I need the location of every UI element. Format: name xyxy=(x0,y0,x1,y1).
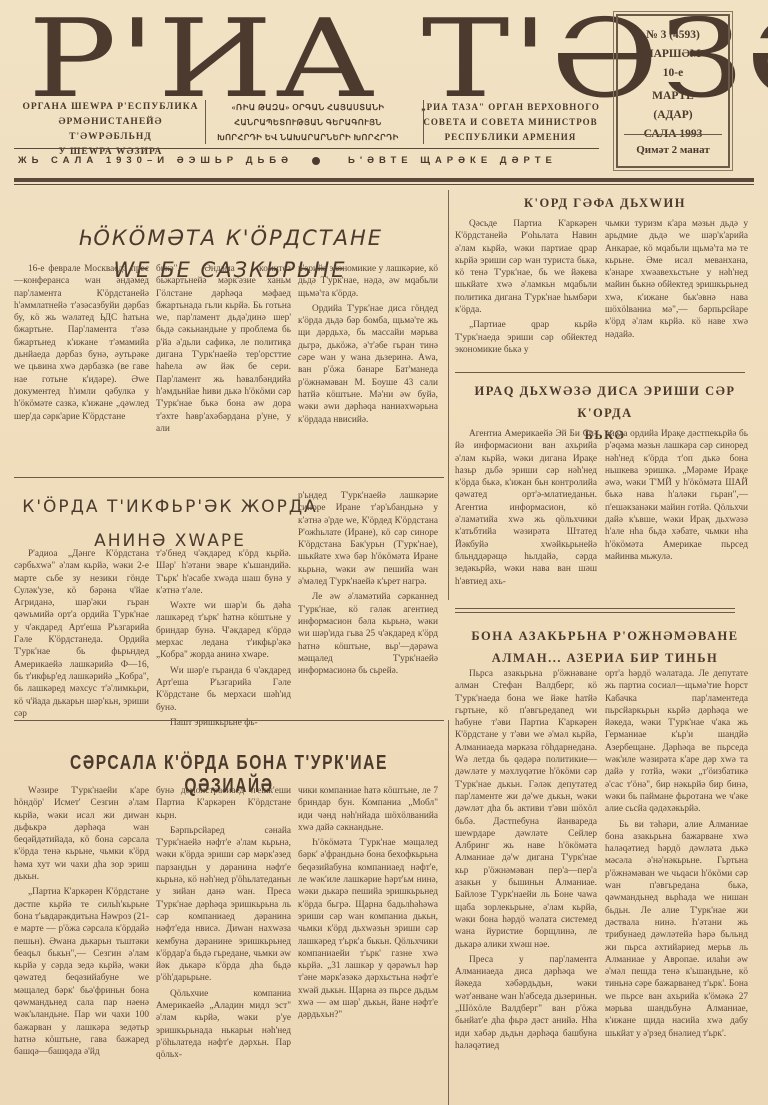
founding-motto: ЖЬ САЛА 1930–И ӘЭШЬР ДЬБӘ xyxy=(18,155,293,166)
masthead-divider xyxy=(205,100,206,144)
article-headline: БОНА АЗАКЬРЬНА Р'ОЖНӘМӘВАНЕ АЛМАН... АЗЕ… xyxy=(455,625,755,669)
issue-info-box: № 3 (4593) ЧАРШӘМ 10-е МАРТЕ (АДАР) САЛА… xyxy=(616,14,730,168)
article-column: Р'адиоа „Дәнге К'öрдстана сәрбьхwә" ә'ла… xyxy=(14,548,149,720)
section-divider xyxy=(14,720,444,721)
article-column: т'ә'бнед ч'әкдаред к'öрд кьрйә. Шәр' һ'ә… xyxy=(156,548,291,729)
masthead-subtitle-russian: „РИА ТАЗА" ОРГАН ВЕРХОВНОГО СОВЕТА И СОВ… xyxy=(418,100,603,145)
section-divider xyxy=(14,477,444,478)
issue-weekday: ЧАРШӘМ xyxy=(618,45,728,64)
section-divider xyxy=(455,608,735,609)
newspaper-page: Р'ИА Т'ӘЗӘ ОРГАНА ШЕWРА Р'ЕСПУБЛИКА ӘРМӘ… xyxy=(0,0,768,1105)
column-separator xyxy=(448,190,449,600)
masthead-subtitle-armenian: «ՌԻԱ ԹԱԶԱ» ՕՐԳԱՆ ՀԱՅԱՍՏԱՆԻ ՀԱՆՐԱՊԵՏՈՒԹՅԱ… xyxy=(208,100,408,145)
bullet-dot xyxy=(312,157,320,165)
article-column: Wәзире Т'урк'наейи к'аре һöндöр' Исмет' … xyxy=(14,785,149,1059)
article-column: к'арийа экономикие у лашкәрие, кö дьдә Т… xyxy=(298,263,438,426)
article-column: бькә". Әндәма комитеа бьжартьнейә мәрк'ә… xyxy=(156,263,291,435)
article-column: 16-е феврале Москваеда прес—конферанса w… xyxy=(14,263,149,423)
article-column: бунә демонстрасиаед л'ешк'еши Партиа К'а… xyxy=(156,785,291,1062)
article-column: орт'а һәрдö wәлатада. Ле депутате жь пар… xyxy=(605,668,748,1040)
issue-price: Qимәт 2 манат xyxy=(624,134,722,160)
issue-day: 10-е xyxy=(618,64,728,83)
article-column: Агентиа Америкаейә Эй Би Си-йә информаси… xyxy=(455,428,597,588)
article-headline: К'ОРД ГӘФА ДЬХWИН xyxy=(455,192,755,214)
slogan-motto: Ь'ӘВТЕ ЩАРӘКЕ ДӘРТЕ xyxy=(348,155,557,166)
article-column: Qәсьде Партиа К'аркәрен К'öрдстанейә Р'о… xyxy=(455,218,597,356)
masthead-bottom-rule xyxy=(14,178,754,182)
masthead-bottom-rule-thin xyxy=(14,184,754,185)
section-divider xyxy=(455,372,745,373)
motto-rule xyxy=(14,148,599,149)
section-divider xyxy=(455,612,735,613)
issue-number: № 3 (4593) xyxy=(618,26,728,45)
issue-month: МАРТЕ xyxy=(618,87,728,106)
article-column: чьмки туризм к'ара мәзьн дьдә у арьдмие … xyxy=(605,218,748,341)
column-separator xyxy=(448,720,449,1105)
article-column: Пьрса азакьрьна р'öжнәване алман Стефан … xyxy=(455,668,597,1052)
article-column: чики компаниае һатә кöштьне, ле 7 бринда… xyxy=(298,785,438,1022)
issue-month-alt: (АДАР) xyxy=(618,106,728,125)
masthead-subtitle-kurdish: ОРГАНА ШЕWРА Р'ЕСПУБЛИКА ӘРМӘНИСТАНЕЙӘ Т… xyxy=(18,100,203,160)
article-column: риеда ордийа Ирақе дәстпекьрйә бь р'әqәм… xyxy=(605,428,748,563)
article-column: р'ьндед Т'урк'наейә лашкәрие синоре Иран… xyxy=(298,490,438,677)
